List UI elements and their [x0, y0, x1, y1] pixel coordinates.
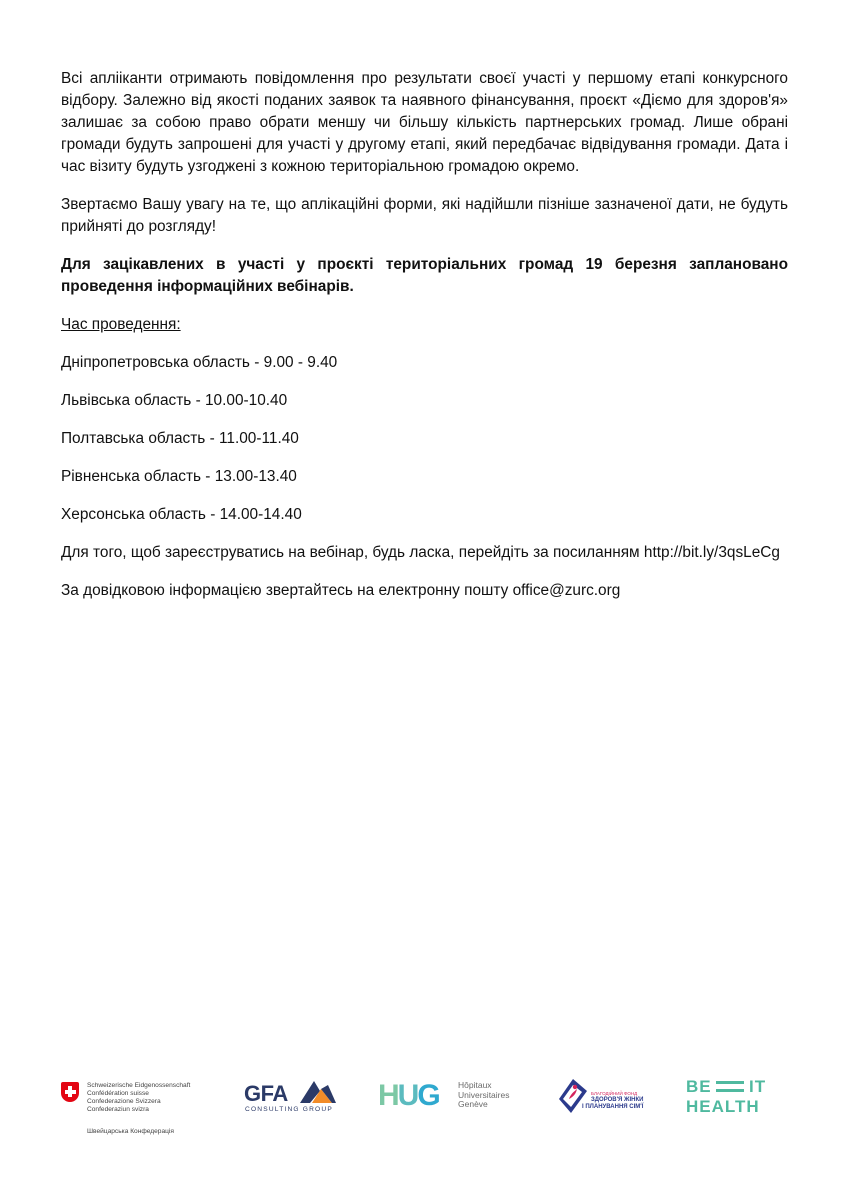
- deadline-notice: Звертаємо Вашу увагу на те, що аплікацій…: [61, 194, 788, 238]
- swiss-line: Schweizerische Eidgenossenschaft: [87, 1082, 190, 1090]
- schedule-item: Херсонська область - 14.00-14.40: [61, 504, 788, 526]
- hug-logo: HUG Hôpitaux Universitaires Genève: [378, 1079, 528, 1119]
- webinar-announcement: Для зацікавлених в участі у проєкті тери…: [61, 254, 788, 298]
- whf-top-text: БЛАГОДІЙНИЙ ФОНД: [591, 1091, 637, 1096]
- schedule-item: Рівненська область - 13.00-13.40: [61, 466, 788, 488]
- whf-line2: І ПЛАНУВАННЯ СІМ'Ї: [582, 1104, 643, 1110]
- results-paragraph: Всі аплііканти отримають повідомлення пр…: [61, 68, 788, 178]
- womens-health-fund-logo: БЛАГОДІЙНИЙ ФОНД ЗДОРОВ'Я ЖІНКИ І ПЛАНУВ…: [557, 1077, 647, 1117]
- gfa-triangle-icon: [300, 1081, 336, 1105]
- beit-it: IT: [749, 1077, 766, 1097]
- swiss-line: Confederazione Svizzera: [87, 1098, 190, 1106]
- beit-health: HEALTH: [686, 1097, 760, 1117]
- whf-line1: ЗДОРОВ'Я ЖІНКИ: [591, 1097, 643, 1103]
- beit-be: BE: [686, 1077, 712, 1097]
- gfa-subtitle: CONSULTING GROUP: [245, 1106, 333, 1113]
- schedule-heading: Час проведення:: [61, 314, 788, 336]
- swiss-ukrainian-name: Швейцарська Конфедерація: [87, 1128, 174, 1135]
- gfa-wordmark: GFA: [244, 1081, 288, 1107]
- schedule-list: Дніпропетровська область - 9.00 - 9.40 Л…: [61, 352, 788, 526]
- swiss-line: Confederaziun svizra: [87, 1106, 190, 1114]
- contact-paragraph: За довідковою інформацією звертайтесь на…: [61, 580, 788, 602]
- registration-paragraph: Для того, щоб зареєструватись на вебінар…: [61, 542, 788, 564]
- document-body: Всі аплііканти отримають повідомлення пр…: [61, 68, 788, 602]
- schedule-item: Дніпропетровська область - 9.00 - 9.40: [61, 352, 788, 374]
- hug-line: Genève: [458, 1100, 510, 1110]
- swiss-flag-icon: [61, 1082, 79, 1102]
- schedule-item: Полтавська область - 11.00-11.40: [61, 428, 788, 450]
- contact-text: За довідковою інформацією звертайтесь на…: [61, 582, 508, 599]
- schedule-item: Львівська область - 10.00-10.40: [61, 390, 788, 412]
- partner-logos: Schweizerische Eidgenossenschaft Confédé…: [0, 1065, 848, 1145]
- gfa-consulting-logo: GFA CONSULTING GROUP: [244, 1077, 339, 1117]
- equals-bars-icon: [716, 1081, 744, 1092]
- swiss-line: Confédération suisse: [87, 1090, 190, 1098]
- registration-text: Для того, щоб зареєструватись на вебінар…: [61, 544, 640, 561]
- hug-wordmark: HUG: [378, 1079, 439, 1113]
- be-it-health-logo: BE IT HEALTH: [686, 1077, 776, 1117]
- contact-email[interactable]: office@zurc.org: [513, 582, 621, 599]
- registration-link[interactable]: http://bit.ly/3qsLeCg: [644, 544, 780, 561]
